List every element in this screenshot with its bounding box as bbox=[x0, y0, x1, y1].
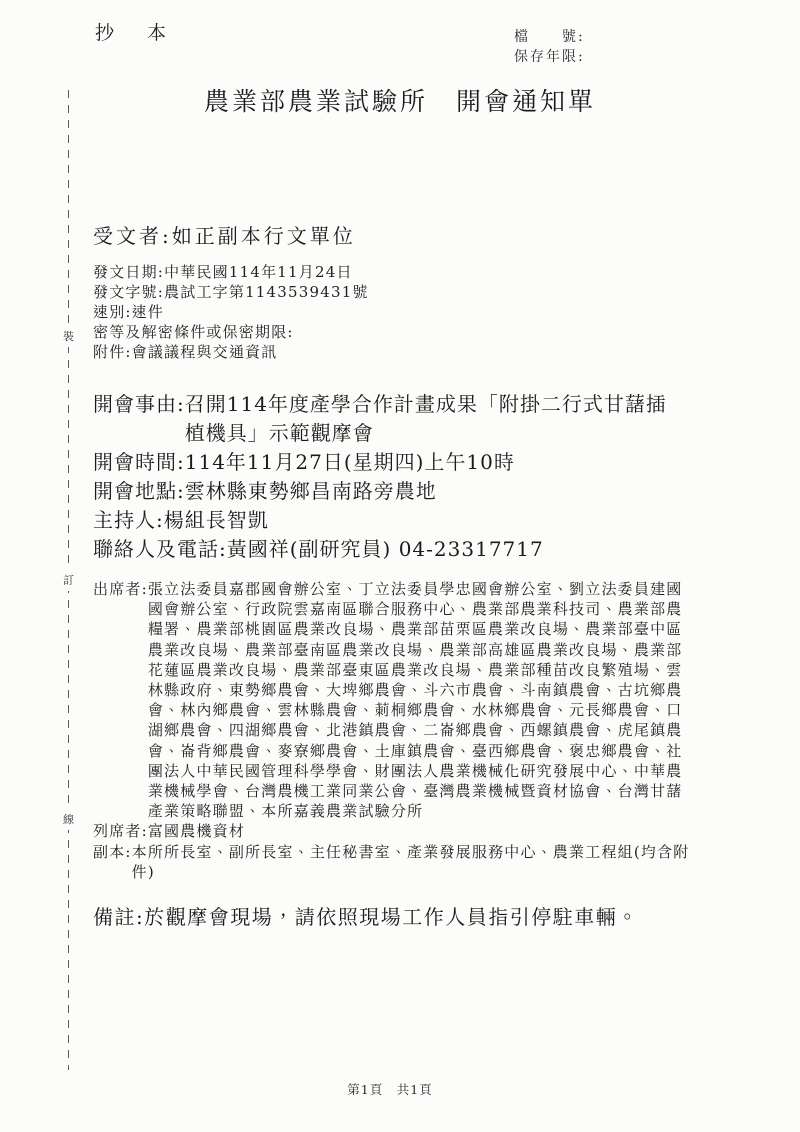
meta-block: 發文日期:中華民國114年11月24日 發文字號:農試工字第1143539431… bbox=[93, 262, 369, 362]
attendees-row: 出席者:張立法委員嘉郡國會辦公室、丁立法委員學忠國會辦公室、劉立法委員建國國會辦… bbox=[93, 579, 698, 821]
remarks-line: 備註:於觀摩會現場，請依照現場工作人員指引停駐車輛。 bbox=[93, 901, 639, 930]
contact-row: 聯絡人及電話:黃國祥(副研究員) 04-23317717 bbox=[93, 535, 675, 564]
cc-value: 本所所長室、副所長室、主任秘書室、產業發展服務中心、農業工程組(均含附件) bbox=[132, 842, 698, 882]
recipient-label: 受文者: bbox=[93, 224, 172, 248]
priority-value: 速件 bbox=[132, 303, 164, 321]
meeting-subject-label: 開會事由: bbox=[93, 390, 185, 419]
binding-mark-ding: 訂 bbox=[61, 570, 76, 591]
attachment-value: 會議議程與交通資訊 bbox=[132, 343, 278, 361]
contact-label: 聯絡人及電話: bbox=[93, 535, 227, 564]
cc-label: 副本: bbox=[93, 842, 132, 862]
binding-mark-xian: 線 bbox=[61, 809, 76, 830]
meeting-subject-value: 召開114年度產學合作計畫成果「附掛二行式甘藷插植機具」示範觀摩會 bbox=[185, 390, 675, 448]
meeting-notice-page: 裝 訂 線 抄 本 檔 號: 保存年限: 農業部農業試驗所 開會通知單 受文者:… bbox=[0, 0, 800, 1132]
meeting-place-row: 開會地點:雲林縣東勢鄉昌南路旁農地 bbox=[93, 477, 675, 506]
remarks-value: 於觀摩會現場，請依照現場工作人員指引停駐車輛。 bbox=[144, 905, 639, 929]
file-info-block: 檔 號: 保存年限: bbox=[514, 27, 585, 67]
contact-value: 黃國祥(副研究員) 04-23317717 bbox=[227, 535, 544, 564]
doc-number-row: 發文字號:農試工字第1143539431號 bbox=[93, 282, 369, 302]
attachment-label: 附件: bbox=[93, 343, 132, 361]
priority-row: 速別:速件 bbox=[93, 302, 369, 322]
attendees-label: 出席者: bbox=[93, 579, 148, 599]
attendees-block: 出席者:張立法委員嘉郡國會辦公室、丁立法委員學忠國會辦公室、劉立法委員建國國會辦… bbox=[93, 579, 698, 882]
classification-row: 密等及解密條件或保密期限: bbox=[93, 322, 369, 342]
meeting-time-row: 開會時間:114年11月27日(星期四)上午10時 bbox=[93, 448, 675, 477]
observers-row: 列席者:富國農機資材 bbox=[93, 821, 698, 841]
cc-row: 副本:本所所長室、副所長室、主任秘書室、產業發展服務中心、農業工程組(均含附件) bbox=[93, 842, 698, 882]
meeting-info-block: 開會事由:召開114年度產學合作計畫成果「附掛二行式甘藷插植機具」示範觀摩會 開… bbox=[93, 390, 675, 564]
issue-date-value: 中華民國114年11月24日 bbox=[164, 263, 353, 281]
classification-label: 密等及解密條件或保密期限: bbox=[93, 323, 294, 341]
observers-value: 富國農機資材 bbox=[148, 821, 245, 841]
attendees-value: 張立法委員嘉郡國會辦公室、丁立法委員學忠國會辦公室、劉立法委員建國國會辦公室、行… bbox=[148, 579, 690, 821]
issue-date-label: 發文日期: bbox=[93, 263, 164, 281]
issue-date-row: 發文日期:中華民國114年11月24日 bbox=[93, 262, 369, 282]
meeting-time-label: 開會時間: bbox=[93, 448, 185, 477]
chairperson-row: 主持人:楊組長智凱 bbox=[93, 506, 675, 535]
meeting-time-value: 114年11月27日(星期四)上午10時 bbox=[185, 448, 515, 477]
document-title: 農業部農業試驗所 開會通知單 bbox=[0, 82, 800, 118]
priority-label: 速別: bbox=[93, 303, 132, 321]
remarks-label: 備註: bbox=[93, 905, 144, 929]
attachment-row: 附件:會議議程與交通資訊 bbox=[93, 342, 369, 362]
doc-number-label: 發文字號: bbox=[93, 283, 164, 301]
meeting-place-value: 雲林縣東勢鄉昌南路旁農地 bbox=[185, 477, 437, 506]
chairperson-value: 楊組長智凱 bbox=[164, 506, 269, 535]
recipient-value: 如正副本行文單位 bbox=[172, 224, 356, 248]
observers-label: 列席者: bbox=[93, 821, 148, 841]
copy-stamp: 抄 本 bbox=[95, 18, 173, 45]
recipient-line: 受文者:如正副本行文單位 bbox=[93, 220, 356, 249]
meeting-subject-row: 開會事由:召開114年度產學合作計畫成果「附掛二行式甘藷插植機具」示範觀摩會 bbox=[93, 390, 675, 448]
file-number-label: 檔 號: bbox=[514, 27, 585, 47]
doc-number-value: 農試工字第1143539431號 bbox=[164, 283, 369, 301]
page-number-footer: 第1頁 共1頁 bbox=[0, 1080, 800, 1098]
chairperson-label: 主持人: bbox=[93, 506, 164, 535]
binding-mark-zhuang: 裝 bbox=[61, 326, 76, 347]
retention-period-label: 保存年限: bbox=[514, 47, 585, 67]
meeting-place-label: 開會地點: bbox=[93, 477, 185, 506]
